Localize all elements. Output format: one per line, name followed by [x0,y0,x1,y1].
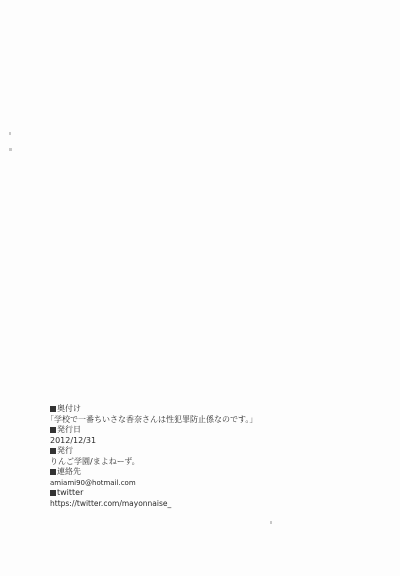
title-heading: 奥付け [50,404,257,415]
publisher: りんご学園/まよねーず。 [50,457,257,468]
colophon: 奥付け 「学校で一番ちいさな香奈さんは性犯罪防止係なのです。」 発行日 2012… [50,404,257,509]
contact-heading: 連絡先 [50,467,257,478]
contact-email: amiami90@hotmail.com [50,478,257,489]
twitter-url: https://twitter.com/mayonnaise_ [50,499,257,510]
date-heading: 発行日 [50,425,257,436]
book-title: 「学校で一番ちいさな香奈さんは性犯罪防止係なのです。」 [46,415,257,426]
scan-speck [9,132,11,135]
twitter-heading: twitter [50,488,257,499]
scan-speck [270,521,272,524]
scan-speck [9,148,12,151]
publish-date: 2012/12/31 [50,436,257,447]
publisher-heading: 発行 [50,446,257,457]
